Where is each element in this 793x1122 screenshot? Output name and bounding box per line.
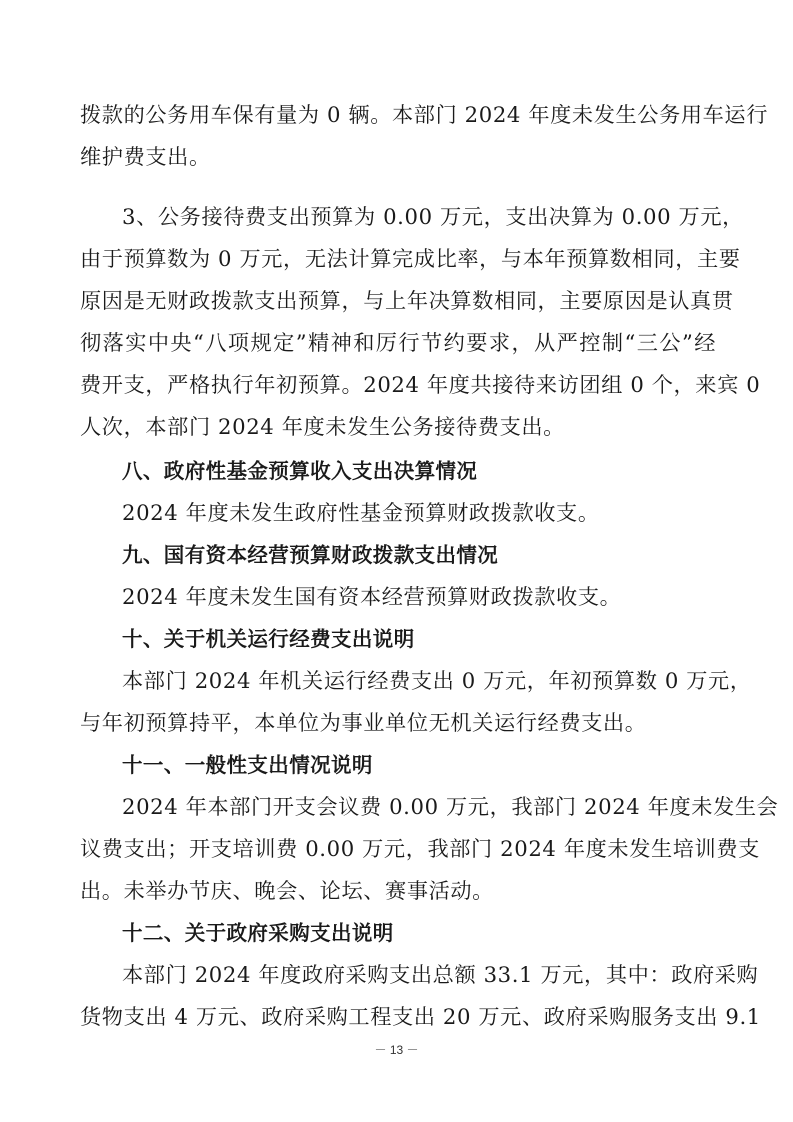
paragraph-line: 货物支出 4 万元、政府采购工程支出 20 万元、政府采购服务支出 9.1 <box>80 996 716 1038</box>
paragraph-line: 人次，本部门 2024 年度未发生公务接待费支出。 <box>80 406 716 448</box>
paragraph-line: 议费支出；开支培训费 0.00 万元，我部门 2024 年度未发生培训费支 <box>80 828 716 870</box>
paragraph-line: 本部门 2024 年度政府采购支出总额 33.1 万元，其中：政府采购 <box>80 954 716 996</box>
section-heading-9: 九、国有资本经营预算财政拨款支出情况 <box>80 534 716 576</box>
section-heading-8: 八、政府性基金预算收入支出决算情况 <box>80 450 716 492</box>
paragraph-line: 维护费支出。 <box>80 136 716 178</box>
paragraph-line: 2024 年度未发生国有资本经营预算财政拨款收支。 <box>80 576 716 618</box>
section-heading-10: 十、关于机关运行经费支出说明 <box>80 618 716 660</box>
paragraph-line: 彻落实中央“八项规定”精神和厉行节约要求，从严控制“三公”经 <box>80 322 716 364</box>
paragraph-line: 2024 年本部门开支会议费 0.00 万元，我部门 2024 年度未发生会 <box>80 786 716 828</box>
section-heading-11: 十一、一般性支出情况说明 <box>80 744 716 786</box>
paragraph-line: 3、公务接待费支出预算为 0.00 万元，支出决算为 0.00 万元， <box>80 196 716 238</box>
paragraph-line: 费开支，严格执行年初预算。2024 年度共接待来访团组 0 个，来宾 0 <box>80 364 716 406</box>
paragraph-line: 2024 年度未发生政府性基金预算财政拨款收支。 <box>80 492 716 534</box>
page-number: － 13 － <box>0 1041 793 1058</box>
section-heading-12: 十二、关于政府采购支出说明 <box>80 912 716 954</box>
paragraph-line: 本部门 2024 年机关运行经费支出 0 万元，年初预算数 0 万元， <box>80 660 716 702</box>
paragraph-line: 原因是无财政拨款支出预算，与上年决算数相同，主要原因是认真贯 <box>80 280 716 322</box>
paragraph-line: 拨款的公务用车保有量为 0 辆。本部门 2024 年度未发生公务用车运行 <box>80 94 716 136</box>
paragraph-line: 与年初预算持平，本单位为事业单位无机关运行经费支出。 <box>80 702 716 744</box>
paragraph-line: 出。未举办节庆、晚会、论坛、赛事活动。 <box>80 870 716 912</box>
paragraph-line: 由于预算数为 0 万元，无法计算完成比率，与本年预算数相同，主要 <box>80 238 716 280</box>
